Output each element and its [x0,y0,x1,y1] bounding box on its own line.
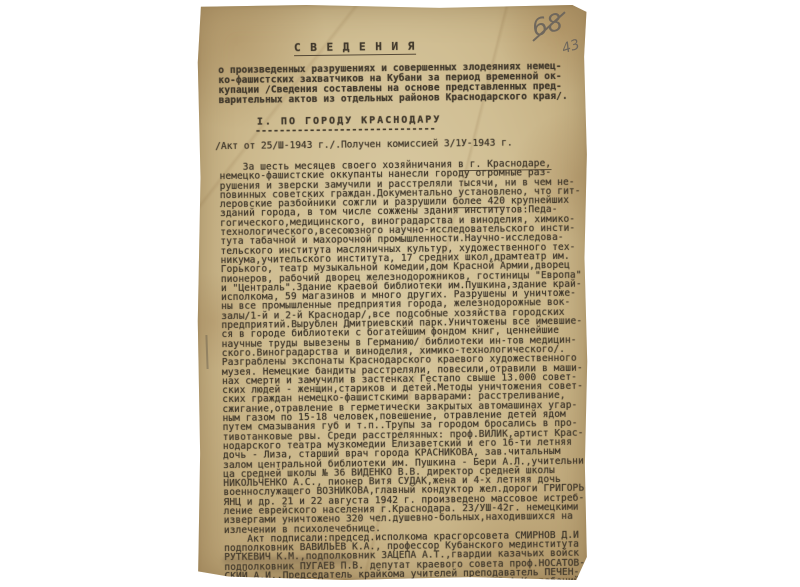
typed-line: варительных актов из отдельных районов К… [219,92,572,106]
act-date-line: /Акт от 25/Ш-1943 г./.Получен комиссией … [215,137,572,152]
faded-ink-smudge-small [257,567,317,572]
scanned-document-view: 68 43 С В Е Д Е Н И Я о произведенных ра… [0,0,800,587]
faded-ink-smudge [223,557,353,564]
title-row: С В Е Д Е Н И Я [294,33,571,56]
document-page: 68 43 С В Е Д Е Н И Я о произведенных ра… [197,5,588,580]
section-heading-underline: ------------------------------ [255,124,572,136]
document-title: С В Е Д Е Н И Я [294,40,416,56]
intro-paragraph: о произведенных разрушениях и совершенны… [218,62,571,106]
typed-line: КИНА Н.А . Нач.инструмент.цеха завода 54… [225,577,578,587]
typed-text-layer: С В Е Д Е Н И Я о произведенных разрушен… [194,3,592,583]
body-paragraph: За шесть месяцев своего хозяйничания в г… [219,159,577,535]
